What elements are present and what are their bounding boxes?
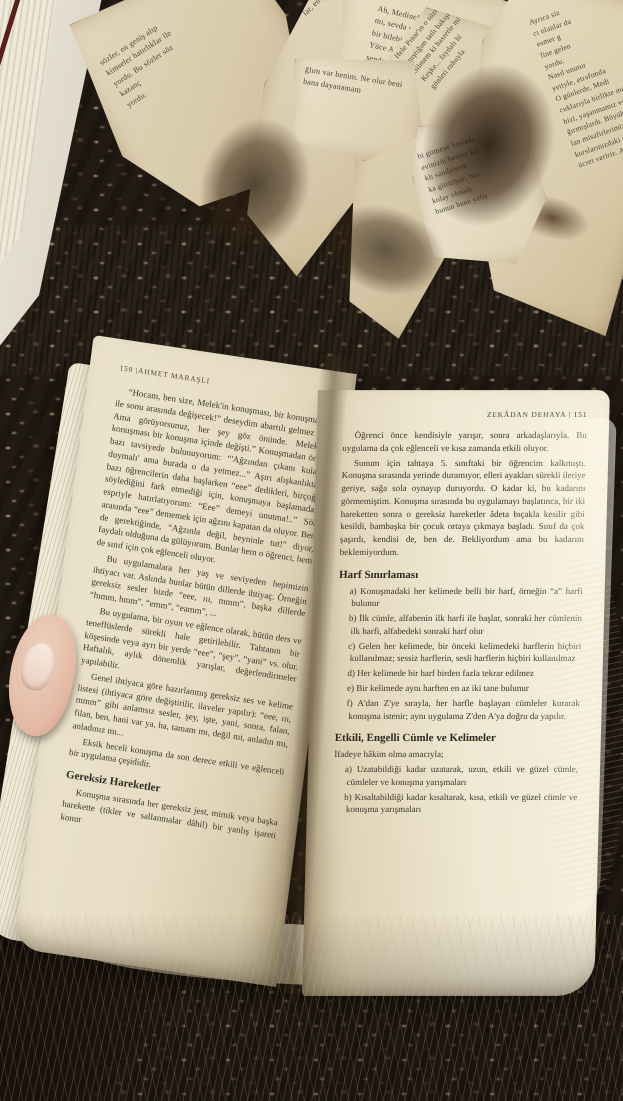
list-item: a) Uzatabildiği kadar uzatarak, uzun, et…	[333, 763, 578, 789]
blanket-fringe	[0, 915, 623, 1101]
torn-page-text: lar, en geniş alıp	[300, 0, 349, 19]
list-item: b) Kısaltabildiği kadar kısaltarak, kısa…	[333, 791, 578, 817]
right-page-header: ZEKÂDAN DEHAYA | 151	[343, 410, 587, 419]
thumb-nail	[17, 640, 60, 694]
torn-page-text: ğlım var benim. Ne olur beni bana dayana…	[302, 64, 403, 104]
torn-page-text: sözler, en geniş alıp kimseler hatırlıkl…	[97, 18, 194, 111]
list-item: c) Gelen her kelimede, bir önceki kelime…	[337, 640, 582, 666]
open-book: 150 |AHMET MARAŞLI “Hocam, ben size, Mel…	[8, 346, 614, 1014]
list-item: e) Bir kelimede aynı harften en az iki t…	[336, 682, 580, 695]
section-heading: Etkili, Engelli Cümle ve Kelimeler	[335, 732, 579, 744]
section-heading: Harf Sınırlaması	[339, 569, 583, 581]
list-item: b) İlk cümle, alfabenin ilk harfi ile ba…	[337, 612, 582, 638]
list-item: a) Konuşmadaki her kelimede belli bir ha…	[338, 585, 583, 611]
list-item: f) A'dan Z'ye sırayla, her harfle başlay…	[335, 697, 580, 723]
paragraph: Öğrenci önce kendisiyle yarışır, sonra a…	[342, 429, 587, 455]
paragraph: “Hocam, ben size, Melek'in konuşması, bi…	[96, 384, 331, 580]
blanket-fringe	[548, 560, 623, 900]
photo-scene: sözler, en geniş alıp kimseler hatırlıkl…	[0, 0, 623, 1101]
paragraph: İfadeye hâkim olma amacıyla;	[334, 748, 578, 761]
paragraph: Sunum için tahtaya 5. sınıftaki bir öğre…	[339, 457, 586, 559]
list-item: d) Her kelimede bir harf birden fazla te…	[336, 667, 580, 680]
